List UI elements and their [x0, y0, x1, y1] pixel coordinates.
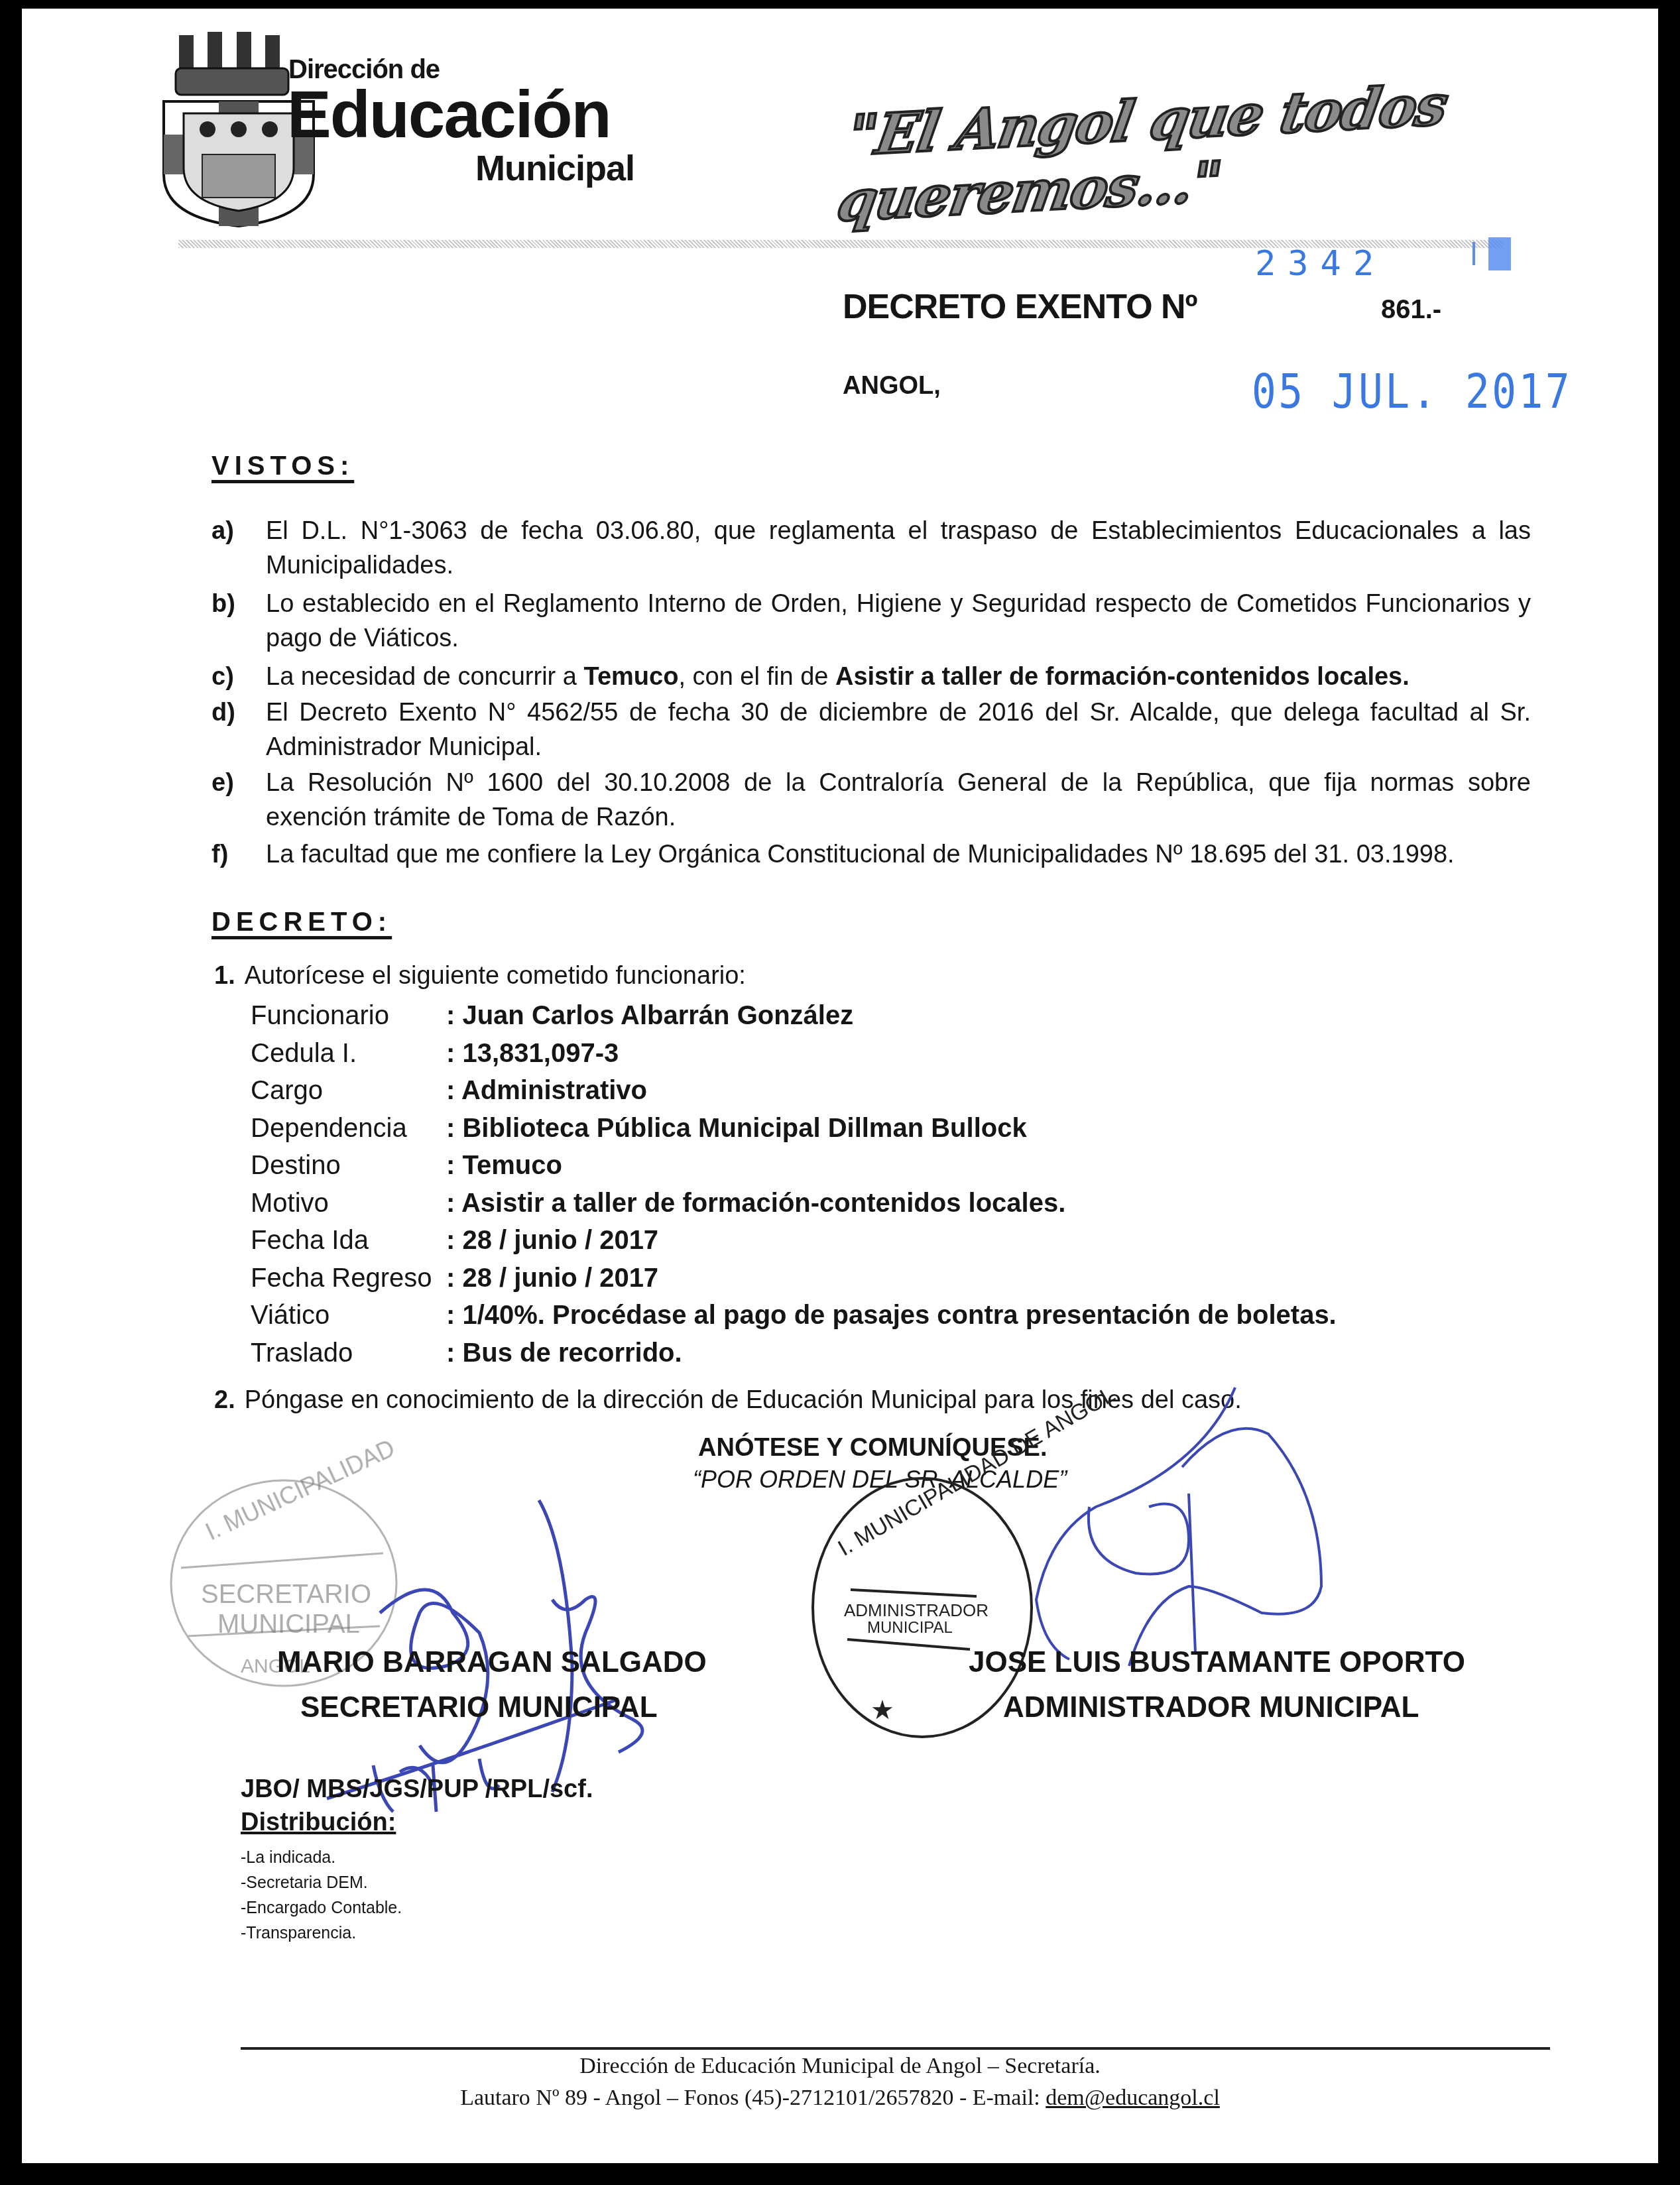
item-label: d) [211, 695, 235, 730]
distribution-list: -La indicada. -Secretaria DEM. -Encargad… [241, 1845, 402, 1946]
field-row: Funcionario: Juan Carlos Albarrán Gonzál… [251, 1001, 853, 1031]
footer-organization: Dirección de Educación Municipal de Ango… [22, 2054, 1658, 2079]
vistos-item-d: d) El Decreto Exento N° 4562/55 de fecha… [211, 695, 1531, 764]
signer-right-title: ADMINISTRADOR MUNICIPAL [1003, 1691, 1419, 1724]
svg-text:SECRETARIO: SECRETARIO [201, 1580, 371, 1609]
by-order-of-mayor: “POR ORDEN DEL SR. ALCALDE” [693, 1466, 1067, 1494]
administrator-seal-icon [813, 1478, 1032, 1737]
svg-text:ADMINISTRADOR: ADMINISTRADOR [844, 1600, 989, 1620]
signer-right-name: JOSE LUIS BUSTAMANTE OPORTO [969, 1646, 1465, 1679]
decree-title: DECRETO EXENTO Nº [843, 287, 1197, 327]
distribution-item: -Secretaria DEM. [241, 1870, 402, 1895]
item-text: La Resolución Nº 1600 del 30.10.2008 de … [266, 766, 1531, 835]
item-label: e) [211, 766, 234, 800]
field-label: Dependencia [251, 1114, 446, 1144]
field-row: Traslado: Bus de recorrido. [251, 1338, 682, 1368]
logo-text-line3: Municipal [475, 148, 634, 189]
svg-text:MUNICIPAL: MUNICIPAL [217, 1610, 360, 1639]
vistos-item-e: e) La Resolución Nº 1600 del 30.10.2008 … [211, 766, 1531, 835]
field-value: : 1/40%. Procédase al pago de pasajes co… [446, 1301, 1337, 1330]
item-text: Lo establecido en el Reglamento Interno … [266, 587, 1531, 656]
item-label: a) [211, 514, 234, 548]
field-value: : Bus de recorrido. [446, 1338, 682, 1368]
stamp-tick-mark [1472, 242, 1475, 265]
field-value: : Administrativo [446, 1076, 647, 1105]
distribution-item: -La indicada. [241, 1845, 402, 1870]
decreto-point-2: 2.Póngase en conocimiento de la direcció… [214, 1386, 1242, 1415]
field-row: Dependencia: Biblioteca Pública Municipa… [251, 1114, 1027, 1144]
footer-contact: Lautaro Nº 89 - Angol – Fonos (45)-27121… [22, 2086, 1658, 2111]
slogan: "El Angol que todos queremos..." [833, 60, 1658, 234]
date-stamp: 05 JUL. 2017 [1252, 363, 1572, 419]
field-value: : 13,831,097-3 [446, 1039, 619, 1068]
logo-text-line2: Educación [287, 82, 611, 148]
field-label: Viático [251, 1301, 446, 1330]
footer-divider [241, 2047, 1550, 2050]
item-text: La necesidad de concurrir a Temuco, con … [266, 660, 1531, 694]
decree-number: 861.- [1381, 295, 1441, 325]
distribution-heading: Distribución: [241, 1808, 396, 1837]
field-value: : Temuco [446, 1151, 562, 1180]
vistos-item-c: c) La necesidad de concurrir a Temuco, c… [211, 660, 1531, 694]
item-label: f) [211, 837, 228, 872]
field-row: Cedula I.: 13,831,097-3 [251, 1039, 619, 1069]
field-row: Fecha Regreso: 28 / junio / 2017 [251, 1264, 658, 1293]
decreto-heading: DECRETO: [211, 908, 392, 937]
field-label: Funcionario [251, 1001, 446, 1031]
item-text: El Decreto Exento N° 4562/55 de fecha 30… [266, 695, 1531, 764]
field-label: Motivo [251, 1189, 446, 1218]
field-value: : Asistir a taller de formación-contenid… [446, 1189, 1065, 1218]
field-row: Cargo: Administrativo [251, 1076, 647, 1106]
vistos-item-b: b) Lo establecido en el Reglamento Inter… [211, 587, 1531, 656]
vistos-item-f: f) La facultad que me confiere la Ley Or… [211, 837, 1531, 872]
field-label: Traslado [251, 1338, 446, 1368]
place-label: ANGOL, [843, 372, 941, 400]
field-label: Cedula I. [251, 1039, 446, 1069]
field-value: : Juan Carlos Albarrán González [446, 1001, 853, 1030]
decreto-point-1: 1.Autorícese el siguiente cometido funci… [214, 962, 746, 990]
field-value: : 28 / junio / 2017 [446, 1226, 658, 1255]
field-label: Fecha Regreso [251, 1264, 446, 1293]
item-label: c) [211, 660, 234, 694]
field-label: Destino [251, 1151, 446, 1181]
field-label: Cargo [251, 1076, 446, 1106]
distribution-item: -Transparencia. [241, 1920, 402, 1946]
svg-text:MUNICIPAL: MUNICIPAL [867, 1619, 953, 1637]
registry-stamp-number: 2342 [1255, 244, 1386, 284]
vistos-heading: VISTOS: [211, 451, 354, 481]
svg-text:★: ★ [870, 1696, 894, 1725]
svg-text:I. MUNICIPALIDAD: I. MUNICIPALIDAD [202, 1434, 399, 1545]
closing-formula: ANÓTESE Y COMUNÍQUESE. [698, 1434, 1047, 1462]
responsible-initials: JBO/ MBS/JGS/PUP /RPL/scf. [241, 1775, 593, 1804]
field-value: : Biblioteca Pública Municipal Dillman B… [446, 1114, 1027, 1143]
item-label: b) [211, 587, 235, 621]
signer-left-name: MARIO BARRAGAN SALGADO [277, 1646, 707, 1679]
item-text: El D.L. N°1-3063 de fecha 03.06.80, que … [266, 514, 1531, 583]
item-text: La facultad que me confiere la Ley Orgán… [266, 837, 1531, 872]
handwritten-signature-right [1036, 1388, 1321, 1666]
field-row: Fecha Ida: 28 / junio / 2017 [251, 1226, 658, 1256]
field-row: Motivo: Asistir a taller de formación-co… [251, 1189, 1065, 1218]
field-row: Destino: Temuco [251, 1151, 562, 1181]
field-label: Fecha Ida [251, 1226, 446, 1256]
vistos-item-a: a) El D.L. N°1-3063 de fecha 03.06.80, q… [211, 514, 1531, 583]
stamp-mark-icon [1488, 237, 1511, 270]
distribution-item: -Encargado Contable. [241, 1895, 402, 1920]
signer-left-title: SECRETARIO MUNICIPAL [300, 1691, 658, 1724]
decree-document: Dirección de Educación Municipal "El Ang… [22, 9, 1658, 2163]
footer-email-link[interactable]: dem@educangol.cl [1046, 2086, 1220, 2110]
field-row: Viático: 1/40%. Procédase al pago de pas… [251, 1301, 1337, 1330]
field-value: : 28 / junio / 2017 [446, 1264, 658, 1293]
